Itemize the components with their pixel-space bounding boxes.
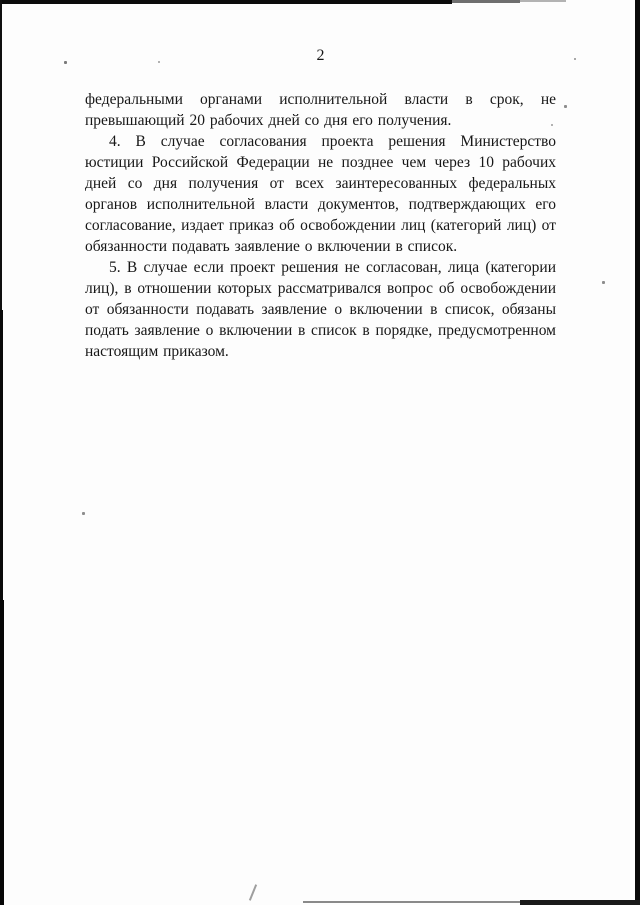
scan-edge-left <box>0 600 4 905</box>
scan-speck <box>564 105 567 108</box>
scan-speck <box>574 58 576 60</box>
document-page: 2 федеральными органами исполнительной в… <box>0 0 640 905</box>
scan-edge-left <box>0 310 3 600</box>
scan-edge-left <box>0 0 2 310</box>
scan-edge-top <box>520 0 566 2</box>
scan-slash-artifact <box>249 884 257 901</box>
document-text-block: федеральными органами исполнительной вла… <box>85 89 556 362</box>
page-number: 2 <box>85 47 556 65</box>
scan-edge-top <box>0 0 452 4</box>
paragraph-item-5: 5. В случае если проект решения не согла… <box>85 257 556 362</box>
scan-speck <box>64 61 67 64</box>
scan-speck <box>602 281 605 284</box>
paragraph-continuation: федеральными органами исполнительной вла… <box>85 89 556 131</box>
scan-edge-right <box>635 0 640 905</box>
scan-edge-top <box>452 0 520 3</box>
paragraph-item-4: 4. В случае согласования проекта решения… <box>85 131 556 257</box>
scan-edge-bottom <box>303 901 520 903</box>
scan-speck <box>82 512 85 515</box>
scan-edge-bottom <box>520 900 640 905</box>
